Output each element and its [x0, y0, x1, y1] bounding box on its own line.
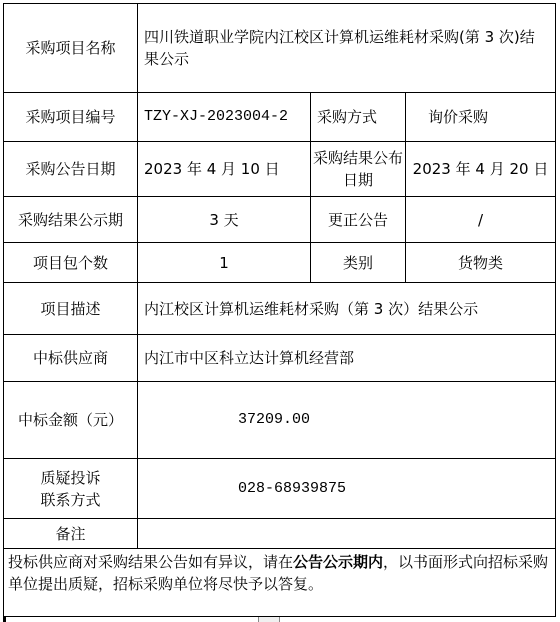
row-complaint-contact: 质疑投诉 联系方式 028-68939875	[4, 459, 556, 519]
row-package-count: 项目包个数 1 类别 货物类	[4, 243, 556, 283]
procurement-method-label: 采购方式	[311, 93, 406, 142]
objection-notice: 投标供应商对采购结果公告如有异议，请在公告公示期内，以书面形式向招标采购单位提出…	[4, 549, 556, 617]
row-description: 项目描述 内江校区计算机运维耗材采购（第 3 次）结果公示	[4, 283, 556, 335]
project-number-value: TZY-XJ-2023004-2	[138, 93, 311, 142]
correction-notice-label: 更正公告	[311, 197, 406, 243]
row-winning-amount: 中标金额（元） 37209.00	[4, 382, 556, 459]
row-project-number: 采购项目编号 TZY-XJ-2023004-2 采购方式 询价采购	[4, 93, 556, 142]
page-edge-fragment	[3, 617, 6, 622]
notice-text-bold: 公告公示期内	[293, 553, 383, 571]
result-period-label: 采购结果公示期	[4, 197, 138, 243]
procurement-method-value: 询价采购	[406, 93, 556, 142]
scrollbar-fragment	[258, 617, 280, 622]
description-value: 内江校区计算机运维耗材采购（第 3 次）结果公示	[138, 283, 556, 335]
announcement-date-value: 2023 年 4 月 10 日	[138, 142, 311, 197]
package-count-label: 项目包个数	[4, 243, 138, 283]
project-name-value: 四川铁道职业学院内江校区计算机运维耗材采购(第 3 次)结果公示	[138, 4, 556, 93]
winning-supplier-label: 中标供应商	[4, 335, 138, 382]
remarks-value	[138, 519, 556, 549]
remarks-label: 备注	[4, 519, 138, 549]
category-label: 类别	[311, 243, 406, 283]
result-period-value: 3 天	[138, 197, 311, 243]
notice-text-part1: 投标供应商对采购结果公告如有异议，请在	[8, 553, 293, 571]
winning-amount-label: 中标金额（元）	[4, 382, 138, 459]
result-publish-date-label: 采购结果公布日期	[311, 142, 406, 197]
description-label: 项目描述	[4, 283, 138, 335]
correction-notice-value: /	[406, 197, 556, 243]
complaint-contact-value: 028-68939875	[138, 459, 556, 519]
row-notice: 投标供应商对采购结果公告如有异议，请在公告公示期内，以书面形式向招标采购单位提出…	[4, 549, 556, 617]
row-dates: 采购公告日期 2023 年 4 月 10 日 采购结果公布日期 2023 年 4…	[4, 142, 556, 197]
row-winning-supplier: 中标供应商 内江市中区科立达计算机经营部	[4, 335, 556, 382]
category-value: 货物类	[406, 243, 556, 283]
winning-amount-value: 37209.00	[138, 382, 556, 459]
complaint-contact-label-line1: 质疑投诉	[10, 467, 131, 489]
project-number-label: 采购项目编号	[4, 93, 138, 142]
row-result-period: 采购结果公示期 3 天 更正公告 /	[4, 197, 556, 243]
result-publish-date-value: 2023 年 4 月 20 日	[406, 142, 556, 197]
winning-supplier-value: 内江市中区科立达计算机经营部	[138, 335, 556, 382]
row-remarks: 备注	[4, 519, 556, 549]
row-project-name: 采购项目名称 四川铁道职业学院内江校区计算机运维耗材采购(第 3 次)结果公示	[4, 4, 556, 93]
package-count-value: 1	[138, 243, 311, 283]
project-name-label: 采购项目名称	[4, 4, 138, 93]
procurement-result-table: 采购项目名称 四川铁道职业学院内江校区计算机运维耗材采购(第 3 次)结果公示 …	[3, 3, 556, 617]
complaint-contact-label-line2: 联系方式	[10, 489, 131, 511]
complaint-contact-label: 质疑投诉 联系方式	[4, 459, 138, 519]
announcement-date-label: 采购公告日期	[4, 142, 138, 197]
